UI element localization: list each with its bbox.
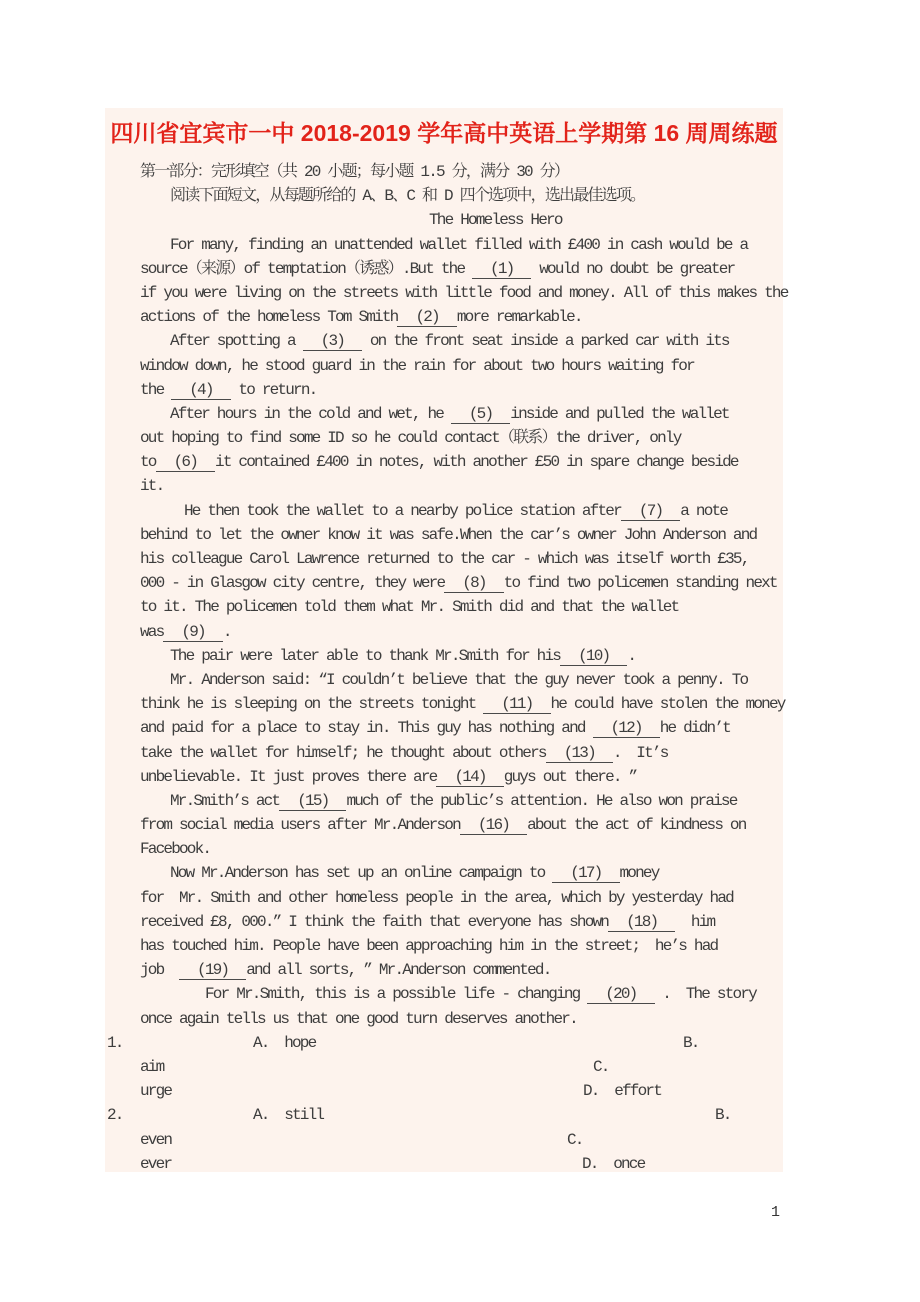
cloze-blank: (9) [163, 623, 222, 642]
line-text: . [223, 623, 231, 641]
line-text: his colleague Carol Lawrence returned to… [140, 550, 749, 568]
passage-line: unbelievable. It just proves there are(1… [140, 765, 783, 789]
option-row: urgeD. effort [107, 1079, 783, 1103]
cloze-blank: (15) [279, 792, 346, 811]
line-text: After hours in the cold and wet, he [170, 405, 451, 423]
line-text: actions of the homeless Tom Smith [140, 308, 397, 326]
passage-line: to(6)it contained £400 in notes, with an… [140, 450, 783, 474]
passage-block: 第一部分：完形填空（共 20 小题；每小题 1.5 分，满分 30 分） 阅读下… [140, 160, 783, 1176]
option-a: A. still [253, 1103, 323, 1127]
line-text: from social media users after Mr.Anderso… [140, 816, 460, 834]
option-row: evenC. [107, 1128, 783, 1152]
option-c-continuation: urge [140, 1079, 171, 1103]
option-row: everD. once [107, 1152, 783, 1176]
line-text: to it. The policemen told them what Mr. … [140, 598, 678, 616]
line-text: for Mr. Smith and other homeless people … [140, 889, 733, 907]
line-text: was [140, 623, 163, 641]
line-text: and all sorts, ” Mr.Anderson commented. [246, 961, 550, 979]
line-text: window down, he stood guard in the rain … [140, 357, 694, 375]
line-text: source（来源）of temptation（诱惑）.But the [140, 260, 472, 278]
cloze-blank: (20) [587, 985, 654, 1004]
passage-line: from social media users after Mr.Anderso… [140, 813, 783, 837]
cloze-blank: (14) [436, 768, 503, 787]
line-text: Now Mr.Anderson has set up an online cam… [170, 864, 552, 882]
line-text: job [140, 961, 179, 979]
line-text: has touched him. People have been approa… [140, 937, 717, 955]
line-text: He then took the wallet to a nearby poli… [184, 502, 621, 520]
line-text: would no doubt be greater [531, 260, 734, 278]
passage-line: for Mr. Smith and other homeless people … [140, 886, 783, 910]
line-text: 阅读下面短文，从每题所给的 A、B、C 和 D 四个选项中，选出最佳选项。 [170, 187, 644, 205]
line-text: on the front seat inside a parked car wi… [362, 332, 729, 350]
line-text: it. [140, 477, 163, 495]
cloze-blank: (1) [472, 260, 531, 279]
passage-line: actions of the homeless Tom Smith(2)more… [140, 305, 783, 329]
option-row: 1.A. hopeB. [107, 1031, 783, 1055]
passage-line: was(9). [140, 620, 783, 644]
line-text: Mr.Smith’s act [170, 792, 279, 810]
line-text: the [140, 381, 171, 399]
line-text: it contained £400 in notes, with another… [215, 453, 738, 471]
passage-line: the (4) to return. [140, 378, 783, 402]
passage-line: his colleague Carol Lawrence returned to… [140, 547, 783, 571]
line-text: more remarkable. [457, 308, 582, 326]
line-text: think he is sleeping on the streets toni… [140, 695, 483, 713]
line-text: to [140, 453, 156, 471]
cloze-blank: (6) [156, 453, 215, 472]
question-number: 1. [107, 1031, 123, 1055]
line-text: about the act of kindness on [527, 816, 745, 834]
line-text: if you were living on the streets with l… [140, 284, 788, 302]
passage-title: The Homeless Hero [140, 208, 783, 232]
cloze-blank: (18) [608, 913, 675, 932]
passage-line: After spotting a (3) on the front seat i… [140, 329, 783, 353]
option-c: C. [567, 1128, 583, 1152]
line-text: After spotting a [170, 332, 303, 350]
section-heading: 第一部分：完形填空（共 20 小题；每小题 1.5 分，满分 30 分） [140, 160, 783, 184]
passage-line: source（来源）of temptation（诱惑）.But the (1) … [140, 257, 783, 281]
passage-line: After hours in the cold and wet, he (5)i… [140, 402, 783, 426]
line-text: 第一部分：完形填空（共 20 小题；每小题 1.5 分，满分 30 分） [140, 163, 568, 181]
passage-line: it. [140, 474, 783, 498]
option-b: B. [683, 1031, 699, 1055]
cloze-blank: (11) [483, 695, 550, 714]
passage-line: out hoping to find some ID so he could c… [140, 426, 783, 450]
cloze-blank: (13) [546, 744, 613, 763]
passage-line: to it. The policemen told them what Mr. … [140, 595, 783, 619]
passage-line: 000 - in Glasgow city centre, they were(… [140, 571, 783, 595]
cloze-blank: (2) [397, 308, 456, 327]
cloze-blank: (4) [171, 381, 230, 400]
line-text: received £8, 000.” I think the faith tha… [140, 913, 608, 931]
line-text: out hoping to find some ID so he could c… [140, 429, 681, 447]
line-text: inside and pulled the wallet [510, 405, 728, 423]
option-a: A. hope [253, 1031, 315, 1055]
line-text: to return. [231, 381, 317, 399]
passage-line: He then took the wallet to a nearby poli… [140, 499, 783, 523]
passage-line: has touched him. People have been approa… [140, 934, 783, 958]
exam-panel: 四川省宜宾市一中 2018-2019 学年高中英语上学期第 16 周周练题 第一… [105, 108, 783, 1172]
passage-line: once again tells us that one good turn d… [140, 1007, 783, 1031]
passage-line: Mr.Smith’s act(15)much of the public’s a… [140, 789, 783, 813]
cloze-blank: (16) [460, 816, 527, 835]
cloze-blank: (5) [451, 405, 510, 424]
line-text: . The story [655, 985, 756, 1003]
cloze-blank: (17) [552, 864, 619, 883]
line-text: behind to let the owner know it was safe… [140, 526, 756, 544]
passage-line: if you were living on the streets with l… [140, 281, 783, 305]
passage-line: take the wallet for himself; he thought … [140, 741, 783, 765]
line-text: to find two policemen standing next [504, 574, 777, 592]
option-b-continuation: even [140, 1128, 171, 1152]
passage-line: For Mr.Smith, this is a possible life - … [140, 982, 783, 1006]
option-d: D. once [582, 1152, 644, 1176]
page-title: 四川省宜宾市一中 2018-2019 学年高中英语上学期第 16 周周练题 [105, 117, 783, 149]
passage-line: and paid for a place to stay in. This gu… [140, 716, 783, 740]
line-text: The pair were later able to thank Mr.Smi… [170, 647, 560, 665]
page-number: 1 [771, 1204, 780, 1221]
option-row: 2.A. stillB. [107, 1103, 783, 1127]
cloze-blank: (7) [621, 502, 680, 521]
line-text: and paid for a place to stay in. This gu… [140, 719, 593, 737]
line-text: The Homeless Hero [429, 211, 562, 229]
cloze-blank: (3) [303, 332, 362, 351]
line-text: . [627, 647, 635, 665]
question-number: 2. [107, 1103, 123, 1127]
cloze-blank: (12) [593, 719, 660, 738]
line-text: . It’s [613, 744, 668, 762]
line-text: unbelievable. It just proves there are [140, 768, 436, 786]
line-text: For many, finding an unattended wallet f… [170, 236, 747, 254]
line-text: a note [680, 502, 727, 520]
option-b-continuation: aim [140, 1055, 163, 1079]
line-text: money [620, 864, 659, 882]
line-text: Facebook. [140, 840, 210, 858]
line-text: he could have stolen the money [551, 695, 785, 713]
passage-line: The pair were later able to thank Mr.Smi… [140, 644, 783, 668]
passage-line: Facebook. [140, 837, 783, 861]
option-c: C. [593, 1055, 609, 1079]
line-text: him [675, 913, 714, 931]
line-text: 000 - in Glasgow city centre, they were [140, 574, 444, 592]
document-page: 四川省宜宾市一中 2018-2019 学年高中英语上学期第 16 周周练题 第一… [0, 0, 920, 1302]
passage-line: Mr. Anderson said: “I couldn’t believe t… [140, 668, 783, 692]
passage-line: think he is sleeping on the streets toni… [140, 692, 783, 716]
passage-line: For many, finding an unattended wallet f… [140, 233, 783, 257]
line-text: guys out there. ” [504, 768, 637, 786]
line-text: much of the public’s attention. He also … [346, 792, 736, 810]
instruction-line: 阅读下面短文，从每题所给的 A、B、C 和 D 四个选项中，选出最佳选项。 [140, 184, 783, 208]
option-row: aimC. [107, 1055, 783, 1079]
option-c-continuation: ever [140, 1152, 171, 1176]
option-d: D. effort [583, 1079, 661, 1103]
cloze-blank: (19) [179, 961, 246, 980]
passage-line: Now Mr.Anderson has set up an online cam… [140, 861, 783, 885]
line-text: he didn’t [660, 719, 730, 737]
cloze-blank: (8) [444, 574, 503, 593]
passage-line: window down, he stood guard in the rain … [140, 354, 783, 378]
line-text: once again tells us that one good turn d… [140, 1010, 577, 1028]
option-b: B. [715, 1103, 731, 1127]
line-text: For Mr.Smith, this is a possible life - … [205, 985, 587, 1003]
line-text: take the wallet for himself; he thought … [140, 744, 546, 762]
line-text: Mr. Anderson said: “I couldn’t believe t… [170, 671, 747, 689]
cloze-blank: (10) [560, 647, 627, 666]
passage-line: behind to let the owner know it was safe… [140, 523, 783, 547]
passage-line: received £8, 000.” I think the faith tha… [140, 910, 783, 934]
passage-line: job (19)and all sorts, ” Mr.Anderson com… [140, 958, 783, 982]
